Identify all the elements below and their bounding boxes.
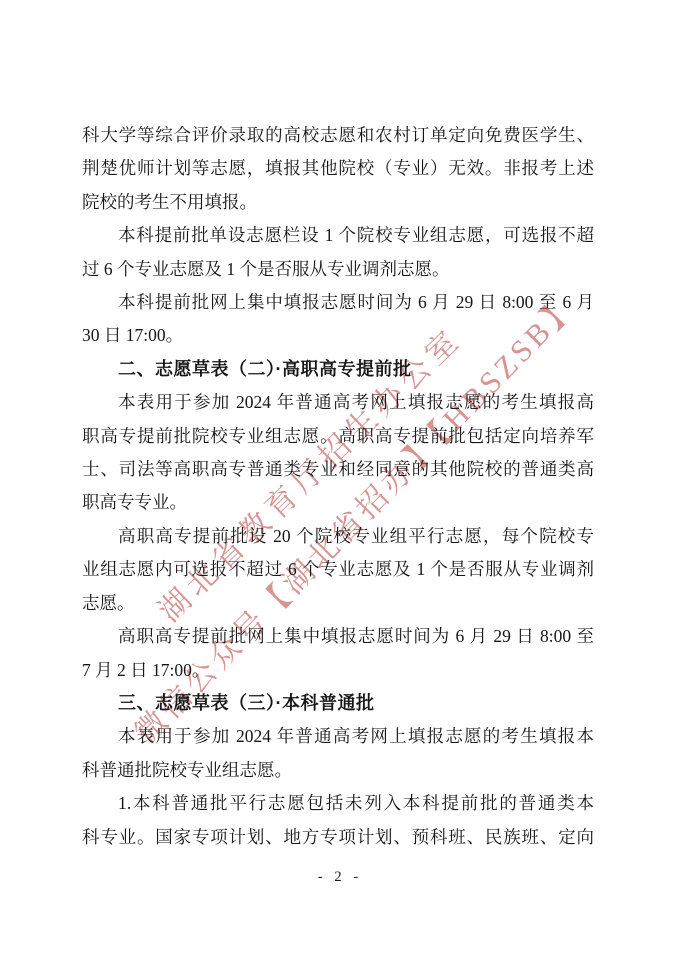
paragraph: 本科提前批单设志愿栏设 1 个院校专业组志愿，可选报不超过 6 个专业志愿及 1… xyxy=(82,219,594,286)
paragraph: 1.本科普通批平行志愿包括未列入本科提前批的普通类本科专业。国家专项计划、地方专… xyxy=(82,787,594,854)
text-line: 职高专专业。 xyxy=(82,486,594,519)
text-line: 科专业。国家专项计划、地方专项计划、预科班、民族班、定向 xyxy=(82,821,594,854)
text-line: 过 6 个专业志愿及 1 个是否服从专业调剂志愿。 xyxy=(82,253,594,286)
section-heading: 二、志愿草表（二）·高职高专提前批 xyxy=(82,353,594,386)
text-line: 士、司法等高职高专普通类专业和经同意的其他院校的普通类高 xyxy=(82,453,594,486)
document-body: 科大学等综合评价录取的高校志愿和农村订单定向免费医学生、荆楚优师计划等志愿，填报… xyxy=(82,119,594,854)
text-line: 职高专提前批院校专业组志愿。高职高专提前批包括定向培养军 xyxy=(82,420,594,453)
section-heading: 三、志愿草表（三）·本科普通批 xyxy=(82,687,594,720)
paragraph: 本表用于参加 2024 年普通高考网上填报志愿的考生填报本科普通批院校专业组志愿… xyxy=(82,720,594,787)
page-number: - 2 - xyxy=(0,869,680,886)
paragraph: 高职高专提前批网上集中填报志愿时间为 6 月 29 日 8:00 至7 月 2 … xyxy=(82,620,594,687)
paragraph: 高职高专提前批设 20 个院校专业组平行志愿，每个院校专业组志愿内可选报不超过 … xyxy=(82,520,594,620)
text-line: 高职高专提前批网上集中填报志愿时间为 6 月 29 日 8:00 至 xyxy=(82,620,594,653)
text-line: 30 日 17:00。 xyxy=(82,319,594,352)
text-line: 科大学等综合评价录取的高校志愿和农村订单定向免费医学生、 xyxy=(82,119,594,152)
text-line: 业组志愿内可选报不超过 6 个专业志愿及 1 个是否服从专业调剂 xyxy=(82,553,594,586)
text-line: 三、志愿草表（三）·本科普通批 xyxy=(82,687,594,720)
text-line: 本表用于参加 2024 年普通高考网上填报志愿的考生填报本 xyxy=(82,720,594,753)
text-line: 本表用于参加 2024 年普通高考网上填报志愿的考生填报高 xyxy=(82,386,594,419)
text-line: 1.本科普通批平行志愿包括未列入本科提前批的普通类本 xyxy=(82,787,594,820)
text-line: 本科提前批网上集中填报志愿时间为 6 月 29 日 8:00 至 6 月 xyxy=(82,286,594,319)
paragraph: 本表用于参加 2024 年普通高考网上填报志愿的考生填报高职高专提前批院校专业组… xyxy=(82,386,594,520)
text-line: 本科提前批单设志愿栏设 1 个院校专业组志愿，可选报不超 xyxy=(82,219,594,252)
text-line: 荆楚优师计划等志愿，填报其他院校（专业）无效。非报考上述 xyxy=(82,152,594,185)
text-line: 志愿。 xyxy=(82,587,594,620)
paragraph: 本科提前批网上集中填报志愿时间为 6 月 29 日 8:00 至 6 月30 日… xyxy=(82,286,594,353)
text-line: 高职高专提前批设 20 个院校专业组平行志愿，每个院校专 xyxy=(82,520,594,553)
document-page: 湖北省教育厅招生办公室 微信公众号【湖北省招办】【HBSZSB】 科大学等综合评… xyxy=(0,0,680,962)
text-line: 院校的考生不用填报。 xyxy=(82,186,594,219)
text-line: 科普通批院校专业组志愿。 xyxy=(82,754,594,787)
text-line: 7 月 2 日 17:00。 xyxy=(82,654,594,687)
text-line: 二、志愿草表（二）·高职高专提前批 xyxy=(82,353,594,386)
paragraph: 科大学等综合评价录取的高校志愿和农村订单定向免费医学生、荆楚优师计划等志愿，填报… xyxy=(82,119,594,219)
